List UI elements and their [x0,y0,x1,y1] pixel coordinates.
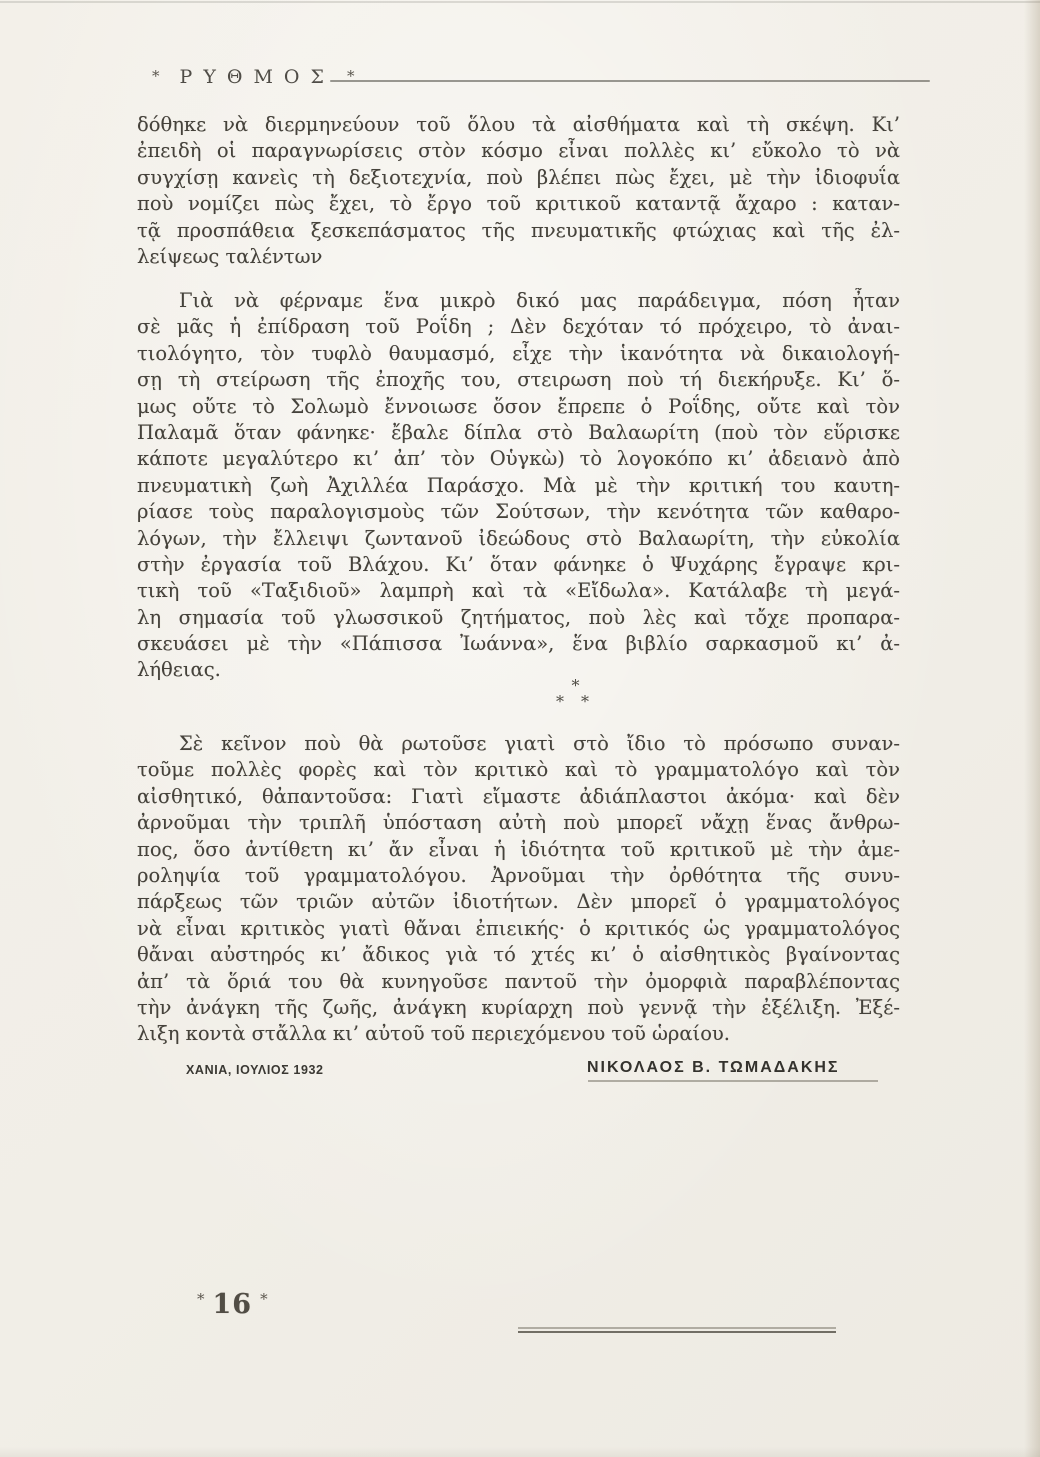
text-line: λη σημασία τοῦ γλωσσικοῦ ζητήματος, ποὺ … [137,605,900,631]
text-line: ἐπειδὴ οἱ παραγνωρίσεις στὸν κόσμο εἶναι… [137,138,900,164]
text-line: τιολόγητο, τὸν τυφλὸ θαυμασμό, εἶχε τὴν … [137,341,900,367]
text-line: κάποτε μεγαλύτερο κι’ ἀπ’ τὸν Οὑγκὼ) τὸ … [137,446,900,472]
text-line: στὴν ἐργασία τοῦ Βλάχου. Κι’ ὅταν φάνηκε… [137,552,900,578]
text-line: τικὴ τοῦ «Ταξιδιοῦ» λαμπρὴ καὶ τὰ «Εἴδωλ… [137,578,900,604]
text-line: συγχίσῃ κανεὶς τὴ δεξιοτεχνία, ποὺ βλέπε… [137,165,900,191]
text-line: δόθηκε νὰ διερμηνεύουν τοῦ ὅλου τὰ αἰσθή… [137,112,900,138]
text-line: Παλαμᾶ ὅταν φάνηκε· ἔβαλε δίπλα στὸ Βαλα… [137,420,900,446]
page-number: *16* [197,1289,268,1320]
text-line: λείψεως ταλέντων [137,244,900,270]
text-line: λιξη κοντὰ στἄλλα κι’ αὐτοῦ τοῦ περιεχόμ… [137,1021,900,1047]
text-line: τοῦμε πολλὲς φορὲς καὶ τὸν κριτικὸ καὶ τ… [137,757,900,783]
text-line: σκευάσει μὲ τὴν «Πάπισσα Ἰωάννα», ἕνα βι… [137,631,900,657]
text-line: ἀρνοῦμαι τὴν τριπλῆ ὑπόσταση αὐτὴ ποὺ μπ… [137,810,900,836]
divider-stars: * * [251,694,900,710]
text-line: σῃ τὴ στείρωση τῆς ἐποχῆς του, στειρωση … [137,367,900,393]
author-signature: ΝΙΚΟΛΑΟΣ Β. ΤΩΜΑΔΑΚΗΣ [587,1059,887,1077]
paragraph: δόθηκε νὰ διερμηνεύουν τοῦ ὅλου τὰ αἰσθή… [137,112,900,270]
paragraph: Γιὰ νὰ φέρναμε ἕνα μικρὸ δικό μας παράδε… [137,288,900,684]
page-number-star-left-icon: * [197,1290,205,1308]
scanned-page: * ΡΥΘΜΟΣ * δόθηκε νὰ διερμηνεύουν τοῦ ὅλ… [0,0,1040,1457]
text-line: τὴν ἀνάγκη τῆς ζωῆς, ἀνάγκη κυρίαρχη ποὺ… [137,995,900,1021]
text-line: ρίασε τοὺς παραλογισμοὺς τῶν Σούτσων, τὴ… [137,499,900,525]
text-line: σὲ μᾶς ἡ ἐπίδραση τοῦ Ροΐδη ; Δὲν δεχότα… [137,314,900,340]
text-line: θἄναι αὐστηρός κι’ ἄδικος γιὰ τό χτές κι… [137,942,900,968]
text-line: ἀπ’ τὰ ὅριά του θὰ κυνηγοῦσε παντοῦ τὴν … [137,969,900,995]
text-line: μως οὔτε τὸ Σολωμὸ ἔννοιωσε ὅσον ἔπρεπε … [137,394,900,420]
article-body: δόθηκε νὰ διερμηνεύουν τοῦ ὅλου τὰ αἰσθή… [137,0,900,1457]
text-line: Σὲ κεῖνον ποὺ θὰ ρωτοῦσε γιατὶ στὸ ἴδιο … [137,731,900,757]
text-line: πνευματικὴ ζωὴ Ἀχιλλέα Παράσχο. Μὰ μὲ τὴ… [137,473,900,499]
paragraph: Σὲ κεῖνον ποὺ θὰ ρωτοῦσε γιατὶ στὸ ἴδιο … [137,731,900,1048]
text-line: Γιὰ νὰ φέρναμε ἕνα μικρὸ δικό μας παράδε… [137,288,900,314]
text-line: νὰ εἶναι κριτικὸς γιατὶ θἄναι ἐπιεικής· … [137,916,900,942]
page-number-star-right-icon: * [260,1290,268,1308]
bottom-rule [518,1327,836,1334]
text-line: λόγων, τὴν ἔλλειψι ζωντανοῦ ἰδεώδους στὸ… [137,526,900,552]
text-line: αἰσθητικό, θἀπαντοῦσα: Γιατὶ εἴμαστε ἀδι… [137,784,900,810]
page-number-value: 16 [213,1289,253,1320]
text-line: πος, ὅσο ἀντίθετη κι’ ἄν εἶναι ἡ ἰδιότητ… [137,837,900,863]
scan-edge-right [1024,0,1040,1457]
signature-underline [588,1080,878,1082]
text-line: πάρξεως τῶν τριῶν αὐτῶν ἰδιοτήτων. Δὲν μ… [137,889,900,915]
dateline: ΧΑΝΙΑ, ΙΟΥΛΙΟΣ 1932 [186,1063,324,1077]
text-line: ποὺ νομίζει πὼς ἔχει, τὸ ἔργο τοῦ κριτικ… [137,191,900,217]
section-divider: * * * [137,678,900,710]
text-line: ροληψία τοῦ γραμματολόγου. Ἀρνοῦμαι τὴν … [137,863,900,889]
text-line: τᾷ προσπάθεια ξεσκεπάσματος τῆς πνευματι… [137,218,900,244]
